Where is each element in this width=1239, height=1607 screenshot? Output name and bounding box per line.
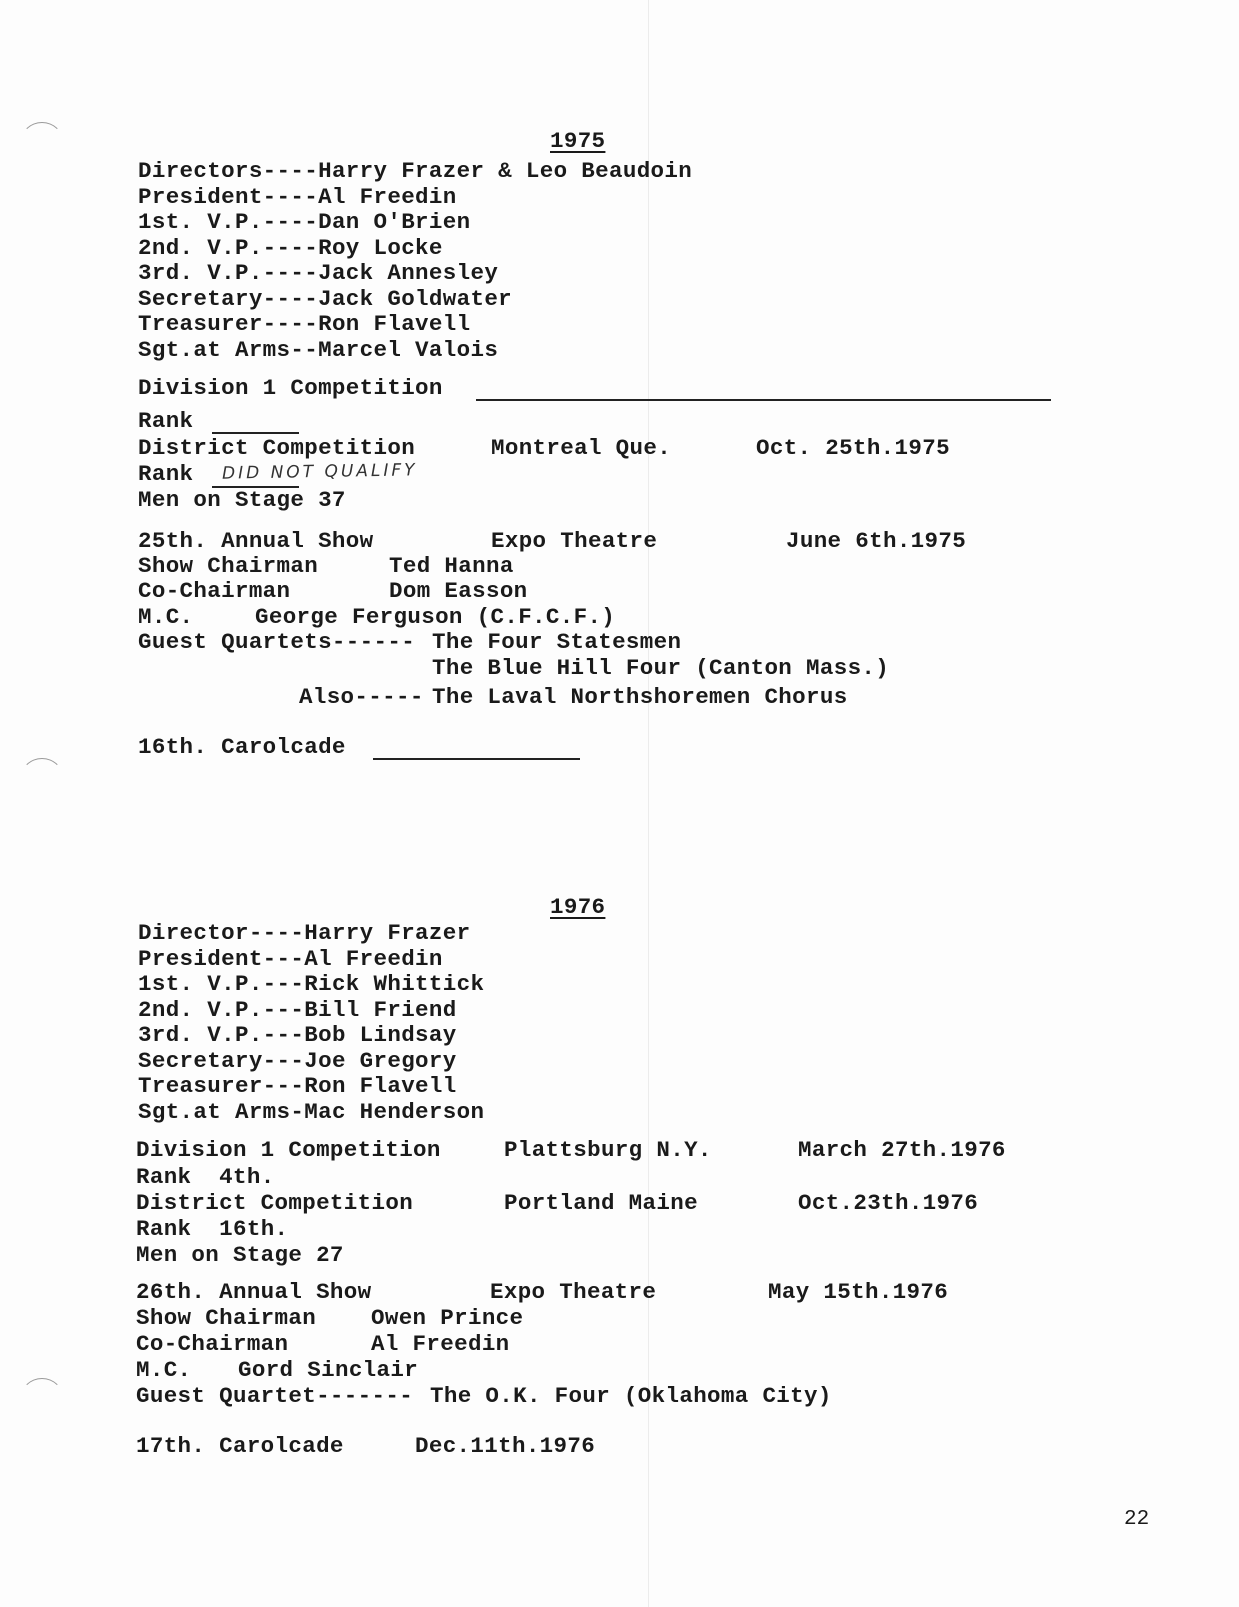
officer-role: President---	[138, 946, 304, 972]
officer-row: 2nd. V.P.----Roy Locke	[138, 235, 443, 261]
officer-role: Sgt.at Arms--	[138, 337, 318, 363]
co-chairman-name: Dom Easson	[389, 578, 528, 604]
officer-row: 1st. V.P.---Rick Whittick	[138, 971, 484, 997]
division-rank-label: Rank	[138, 408, 193, 434]
hole-punch-mark	[20, 1378, 64, 1421]
officer-row: Directors----Harry Frazer & Leo Beaudoin	[138, 158, 692, 184]
district-rank-label: Rank	[136, 1216, 191, 1242]
men-on-stage: Men on Stage 27	[136, 1242, 344, 1268]
also-label: Also-----	[299, 684, 424, 710]
show-chairman-name: Ted Hanna	[389, 553, 514, 579]
mc-label: M.C.	[136, 1357, 191, 1383]
officer-name: Jack Goldwater	[318, 286, 512, 312]
co-chairman-name: Al Freedin	[371, 1331, 510, 1357]
mc-label: M.C.	[138, 604, 193, 630]
officer-row: 3rd. V.P.---Bob Lindsay	[138, 1022, 457, 1048]
officer-row: 2nd. V.P.---Bill Friend	[138, 997, 457, 1023]
officer-row: Sgt.at Arms-Mac Henderson	[138, 1099, 484, 1125]
officer-role: 3rd. V.P.---	[138, 1022, 304, 1048]
officer-row: President---Al Freedin	[138, 946, 443, 972]
officer-role: Treasurer---	[138, 1073, 304, 1099]
officer-row: Treasurer---Ron Flavell	[138, 1073, 457, 1099]
officer-name: Ron Flavell	[304, 1073, 456, 1099]
district-competition-label: District Competition	[138, 435, 415, 461]
officer-name: Joe Gregory	[304, 1048, 456, 1074]
also-name: The Laval Northshoremen Chorus	[432, 684, 848, 710]
division-competition-date: March 27th.1976	[798, 1137, 1006, 1163]
co-chairman-label: Co-Chairman	[138, 578, 290, 604]
year-heading: 1976	[550, 894, 605, 920]
officer-row: Secretary---Joe Gregory	[138, 1048, 457, 1074]
blank-fill-line	[212, 432, 299, 434]
annual-show-date: May 15th.1976	[768, 1279, 948, 1305]
district-rank-row: Rank 16th.	[136, 1216, 288, 1242]
men-on-stage: Men on Stage 37	[138, 487, 346, 513]
guest-quartet-label: Guest Quartet-------	[136, 1383, 413, 1409]
carolcade-label: 17th. Carolcade	[136, 1433, 344, 1459]
officer-row: President----Al Freedin	[138, 184, 457, 210]
officer-name: Ron Flavell	[318, 311, 470, 337]
officer-role: 2nd. V.P.---	[138, 997, 304, 1023]
guest-quartet-name: The Blue Hill Four (Canton Mass.)	[432, 655, 889, 681]
officer-name: Roy Locke	[318, 235, 443, 261]
officer-role: Directors----	[138, 158, 318, 184]
officer-role: President----	[138, 184, 318, 210]
district-competition-label: District Competition	[136, 1190, 413, 1216]
officer-role: Director----	[138, 920, 304, 946]
guest-quartets-label: Guest Quartets------	[138, 629, 415, 655]
district-competition-location: Montreal Que.	[491, 435, 671, 461]
division-rank-label: Rank	[136, 1164, 191, 1190]
document-page: 1975 Directors----Harry Frazer & Leo Bea…	[0, 0, 1239, 1607]
show-chairman-label: Show Chairman	[138, 553, 318, 579]
officer-row: 1st. V.P.----Dan O'Brien	[138, 209, 470, 235]
officer-name: Bob Lindsay	[304, 1022, 456, 1048]
officer-row: Secretary----Jack Goldwater	[138, 286, 512, 312]
officer-role: 1st. V.P.---	[138, 971, 304, 997]
district-competition-date: Oct.23th.1976	[798, 1190, 978, 1216]
handwritten-note: DID NOT QUALIFY	[222, 460, 418, 483]
carolcade-label: 16th. Carolcade	[138, 734, 346, 760]
district-competition-date: Oct. 25th.1975	[756, 435, 950, 461]
annual-show-venue: Expo Theatre	[491, 528, 657, 554]
hole-punch-mark	[20, 758, 64, 801]
division-competition-label: Division 1 Competition	[138, 375, 443, 401]
co-chairman-label: Co-Chairman	[136, 1331, 288, 1357]
show-chairman-name: Owen Prince	[371, 1305, 523, 1331]
division-rank-row: Rank 4th.	[136, 1164, 275, 1190]
officer-role: 1st. V.P.----	[138, 209, 318, 235]
division-rank-value: 4th.	[219, 1164, 274, 1190]
mc-name: George Ferguson (C.F.C.F.)	[255, 604, 615, 630]
officer-role: Secretary----	[138, 286, 318, 312]
officer-name: Bill Friend	[304, 997, 456, 1023]
annual-show-date: June 6th.1975	[786, 528, 966, 554]
blank-fill-line	[476, 399, 1051, 401]
district-competition-location: Portland Maine	[504, 1190, 698, 1216]
officer-role: Sgt.at Arms-	[138, 1099, 304, 1125]
officer-name: Al Freedin	[304, 946, 443, 972]
officer-row: 3rd. V.P.----Jack Annesley	[138, 260, 498, 286]
officer-name: Al Freedin	[318, 184, 457, 210]
show-chairman-label: Show Chairman	[136, 1305, 316, 1331]
guest-quartet-name: The Four Statesmen	[432, 629, 681, 655]
carolcade-date: Dec.11th.1976	[415, 1433, 595, 1459]
annual-show-label: 25th. Annual Show	[138, 528, 374, 554]
officer-row: Treasurer----Ron Flavell	[138, 311, 470, 337]
district-rank-label: Rank	[138, 461, 193, 487]
officer-name: Harry Frazer	[304, 920, 470, 946]
officer-role: 2nd. V.P.----	[138, 235, 318, 261]
hole-punch-mark	[20, 122, 64, 165]
district-rank-value: 16th.	[219, 1216, 288, 1242]
page-number: 22	[1124, 1508, 1149, 1531]
year-heading: 1975	[550, 128, 605, 154]
blank-fill-line	[373, 758, 580, 760]
annual-show-venue: Expo Theatre	[490, 1279, 656, 1305]
officer-name: Marcel Valois	[318, 337, 498, 363]
officer-row: Director----Harry Frazer	[138, 920, 470, 946]
guest-quartet-name: The O.K. Four (Oklahoma City)	[430, 1383, 832, 1409]
officer-row: Sgt.at Arms--Marcel Valois	[138, 337, 498, 363]
officer-name: Mac Henderson	[304, 1099, 484, 1125]
division-competition-label: Division 1 Competition	[136, 1137, 441, 1163]
officer-name: Jack Annesley	[318, 260, 498, 286]
officer-name: Rick Whittick	[304, 971, 484, 997]
officer-role: 3rd. V.P.----	[138, 260, 318, 286]
annual-show-label: 26th. Annual Show	[136, 1279, 372, 1305]
officer-role: Secretary---	[138, 1048, 304, 1074]
division-competition-location: Plattsburg N.Y.	[504, 1137, 712, 1163]
officer-name: Dan O'Brien	[318, 209, 470, 235]
officer-name: Harry Frazer & Leo Beaudoin	[318, 158, 692, 184]
officer-role: Treasurer----	[138, 311, 318, 337]
paper-fold-line	[648, 0, 649, 1607]
mc-name: Gord Sinclair	[238, 1357, 418, 1383]
